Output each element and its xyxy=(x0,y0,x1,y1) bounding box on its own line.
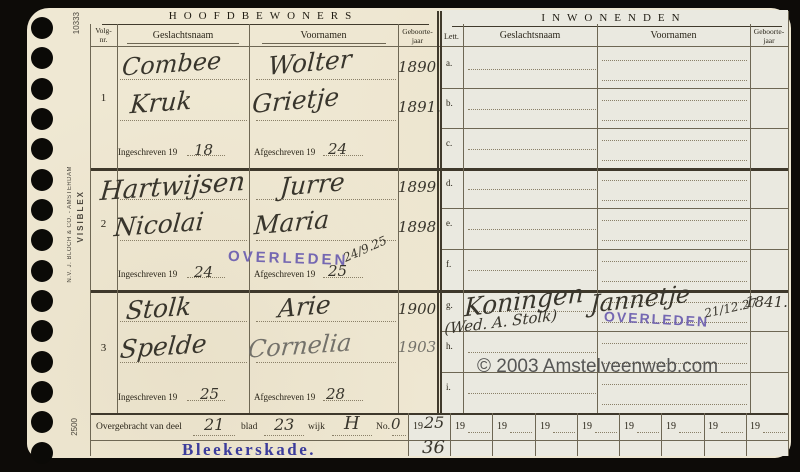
voornamen-entry: Cornelia xyxy=(247,328,353,363)
voornamen-entry: Arie xyxy=(277,290,332,324)
overleden-date: 24/9.25 xyxy=(341,233,389,265)
hoofdbewoners-group-1: 1 Combee Wolter 1890 Kruk Grietje 1891. … xyxy=(90,48,437,168)
geslachtsnaam-entry: Combee xyxy=(121,46,222,81)
lett-label: c. xyxy=(446,138,452,148)
year-cell-label: 19 xyxy=(624,421,634,432)
dotted-line xyxy=(602,240,747,241)
dotted-line xyxy=(468,109,596,110)
wijk-label: wijk xyxy=(308,422,325,432)
dotted-line xyxy=(468,189,596,190)
dotted-line xyxy=(120,120,247,121)
ingeschreven-value: 25 xyxy=(200,385,219,403)
dotted-line xyxy=(602,180,747,181)
title-underline xyxy=(102,24,429,25)
punch-hole xyxy=(31,290,53,312)
dotted-line xyxy=(468,149,596,150)
serial-number-bottom: 2500 xyxy=(70,418,79,436)
header-underline xyxy=(262,43,386,44)
dotted-line xyxy=(256,321,396,322)
year-cell-label: 19 xyxy=(708,421,718,432)
blad-label: blad xyxy=(241,422,257,432)
lett-label: f. xyxy=(446,259,451,269)
grid-line xyxy=(661,413,662,456)
scanned-register-card: 10333 VISIBLEX N.V. J. BLOCH & CO. - AMS… xyxy=(0,0,800,472)
dotted-line xyxy=(468,69,596,70)
geboortejaar-entry: 1903 xyxy=(398,338,436,356)
grid-line xyxy=(704,413,705,456)
afgeschreven-value: 24 xyxy=(328,140,347,158)
wijk-value: H xyxy=(344,413,360,434)
column-header-geslachtsnaam: Geslachtsnaam xyxy=(117,30,249,41)
geboortejaar-entry: 1900 xyxy=(398,300,436,318)
grid-line xyxy=(90,46,788,47)
punch-hole xyxy=(31,320,53,342)
ingeschreven-label: Ingeschreven 19 xyxy=(118,147,177,157)
ingeschreven-label: Ingeschreven 19 xyxy=(118,392,177,402)
lett-label: b. xyxy=(446,98,453,108)
punch-hole xyxy=(31,351,53,373)
year-cell-label: 19 xyxy=(540,421,550,432)
section-title-hoofdbewoners: HOOFDBEWONERS xyxy=(90,10,437,22)
column-header-lett: Lett. xyxy=(440,32,463,41)
punch-hole xyxy=(31,411,53,433)
geslachtsnaam-entry: Hartwijsen xyxy=(99,167,246,207)
dotted-line xyxy=(595,432,617,433)
inwonenden-row-b: b. xyxy=(440,88,788,128)
year-cell-label: 19 xyxy=(455,421,465,432)
dotted-line xyxy=(468,352,596,353)
dotted-line xyxy=(602,120,747,121)
dotted-line xyxy=(602,261,747,262)
inwonenden-row-d: d. xyxy=(440,168,788,208)
inwonenden-row-e: e. xyxy=(440,208,788,249)
dotted-line xyxy=(256,199,396,200)
lett-label: g. xyxy=(446,300,453,310)
column-header-geslachtsnaam-right: Geslachtsnaam xyxy=(463,30,597,41)
year-cells-row: 19 25 19 19 19 19 19 19 19 19 xyxy=(408,413,788,440)
grid-line xyxy=(619,413,620,456)
year-cell-label: 19 xyxy=(413,421,423,432)
dotted-line xyxy=(468,432,490,433)
inwonenden-row-f: f. xyxy=(440,249,788,290)
voornamen-entry: Maria xyxy=(253,205,330,241)
afgeschreven-label: Afgeschreven 19 xyxy=(254,392,315,402)
punch-hole xyxy=(31,229,53,251)
lett-label: h. xyxy=(446,341,453,351)
ingeschreven-value: 24 xyxy=(194,263,213,281)
grid-line xyxy=(788,11,789,456)
no-label: No. xyxy=(376,422,390,432)
afgeschreven-label: Afgeschreven 19 xyxy=(254,269,315,279)
inwonenden-row-g: g. Koningen (Wed. A. Stolk) Jannetje 184… xyxy=(440,290,788,331)
dotted-line xyxy=(637,432,659,433)
column-header-geboortejaar-right: Geboorte- jaar xyxy=(750,27,788,45)
column-header-voornamen-right: Voornamen xyxy=(597,30,750,41)
dotted-line xyxy=(602,384,747,385)
deel-value: 21 xyxy=(204,415,224,434)
volgnr: 2 xyxy=(90,218,117,230)
brand-name: VISIBLEX xyxy=(76,190,85,242)
grid-line xyxy=(746,413,747,456)
punch-hole xyxy=(31,169,53,191)
dotted-line xyxy=(763,432,785,433)
inwonenden-row-i: i. xyxy=(440,372,788,413)
punch-hole xyxy=(31,108,53,130)
grid-line xyxy=(535,413,536,456)
dotted-line xyxy=(602,100,747,101)
dotted-line xyxy=(602,140,747,141)
dotted-line xyxy=(120,362,247,363)
dotted-line xyxy=(721,432,743,433)
dotted-line xyxy=(602,200,747,201)
dotted-line xyxy=(510,432,532,433)
overleden-stamp: OVERLEDEN xyxy=(604,308,710,329)
title-underline xyxy=(452,26,782,27)
geslachtsnaam-entry: Kruk xyxy=(129,86,193,120)
year-cell-value: 25 xyxy=(424,413,444,432)
column-header-volgnr: Volg- nr. xyxy=(90,26,117,44)
year-cell-label: 19 xyxy=(497,421,507,432)
punch-hole xyxy=(31,47,53,69)
lett-label: a. xyxy=(446,58,452,68)
dotted-line xyxy=(256,79,396,80)
punch-hole xyxy=(31,78,53,100)
grid-line xyxy=(577,413,578,456)
geslachtsnaam-entry: Spelde xyxy=(119,329,208,364)
punch-hole xyxy=(31,260,53,282)
punch-hole xyxy=(31,199,53,221)
dotted-line xyxy=(264,435,304,436)
overleden-date: 21/12.27 xyxy=(703,296,758,321)
dotted-line xyxy=(468,270,596,271)
grid-line xyxy=(492,413,493,456)
hoofdbewoners-group-2: 2 Hartwijsen Jurre 1899 Nicolai Maria 18… xyxy=(90,168,437,290)
punch-hole xyxy=(31,381,53,403)
header-underline xyxy=(127,43,239,44)
geboortejaar-entry: 1890 xyxy=(398,58,436,76)
section-divider xyxy=(437,11,439,413)
dotted-line xyxy=(256,362,396,363)
brand-address: N.V. J. BLOCH & CO. - AMSTERDAM xyxy=(67,166,73,283)
grid-line xyxy=(450,413,451,456)
dotted-line xyxy=(120,240,247,241)
grid-line xyxy=(408,413,409,456)
inwonenden-row-c: c. xyxy=(440,128,788,168)
blad-value: 23 xyxy=(274,415,294,434)
serial-number-top: 10333 xyxy=(72,12,81,34)
geboortejaar-entry: 1898 xyxy=(398,218,436,236)
dotted-line xyxy=(602,60,747,61)
dotted-line xyxy=(392,435,406,436)
no-value: 0 xyxy=(391,415,401,433)
house-number: 36 xyxy=(422,437,445,458)
year-cell-label: 19 xyxy=(750,421,760,432)
ingeschreven-value: 18 xyxy=(194,141,213,159)
voornamen-entry: Wolter xyxy=(267,44,352,81)
dotted-line xyxy=(602,343,747,344)
column-header-voornamen: Voornamen xyxy=(249,30,398,41)
volgnr: 3 xyxy=(90,342,117,354)
dotted-line xyxy=(120,199,247,200)
ingeschreven-label: Ingeschreven 19 xyxy=(118,269,177,279)
dotted-line xyxy=(120,79,247,80)
dotted-line xyxy=(193,435,235,436)
punch-hole xyxy=(31,442,53,464)
year-cell-label: 19 xyxy=(582,421,592,432)
lett-label: i. xyxy=(446,382,451,392)
street-stamp: Bleekerskade. xyxy=(90,440,408,460)
inwonenden-row-a: a. xyxy=(440,48,788,88)
dotted-line xyxy=(602,80,747,81)
dotted-line xyxy=(468,229,596,230)
dotted-line xyxy=(256,120,396,121)
section-title-inwonenden: INWONENDEN xyxy=(440,12,788,24)
voornamen-entry: Jurre xyxy=(279,167,346,202)
punch-hole xyxy=(31,17,53,39)
overgebracht-label: Overgebracht van deel xyxy=(96,422,182,432)
lett-label: e. xyxy=(446,218,452,228)
afgeschreven-value: 28 xyxy=(326,385,345,403)
geboortejaar-entry: 1899 xyxy=(398,178,436,196)
watermark: © 2003 Amstelveenweb.com xyxy=(477,356,718,378)
dotted-line xyxy=(553,432,575,433)
hoofdbewoners-group-3: 3 Stolk Arie 1900 Spelde Cornelia 1903 I… xyxy=(90,290,437,413)
dotted-line xyxy=(120,321,247,322)
lett-label: d. xyxy=(446,178,453,188)
column-header-geboortejaar: Geboorte- jaar xyxy=(398,27,437,45)
dotted-line xyxy=(602,220,747,221)
afgeschreven-label: Afgeschreven 19 xyxy=(254,147,315,157)
dotted-line xyxy=(602,404,747,405)
dotted-line xyxy=(679,432,701,433)
dotted-line xyxy=(332,435,372,436)
geslachtsnaam-entry: Nicolai xyxy=(113,207,205,243)
punch-hole xyxy=(31,138,53,160)
volgnr: 1 xyxy=(90,92,117,104)
dotted-line xyxy=(602,160,747,161)
year-cell-label: 19 xyxy=(666,421,676,432)
geboortejaar-entry: 1891. xyxy=(398,98,441,116)
afgeschreven-value: 25 xyxy=(328,262,347,280)
dotted-line xyxy=(468,393,596,394)
voornamen-entry: Grietje xyxy=(251,82,340,119)
